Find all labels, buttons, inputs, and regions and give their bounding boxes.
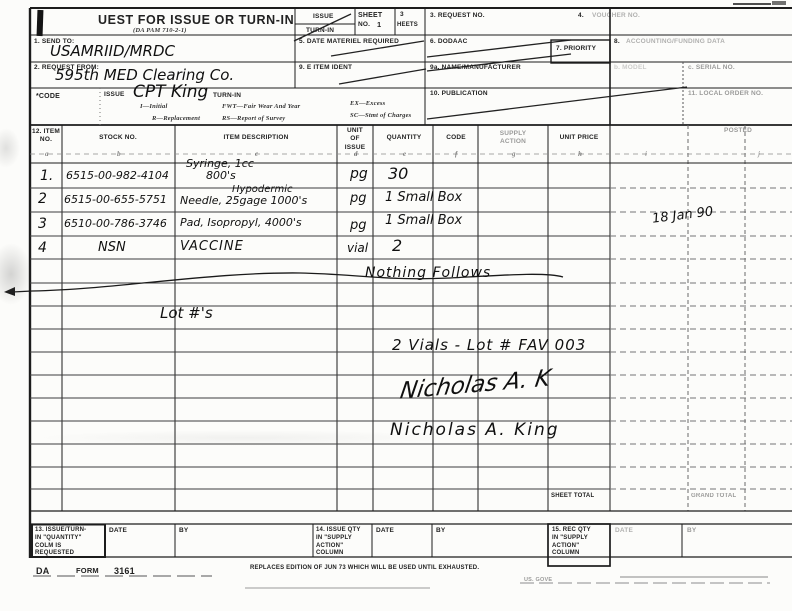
row4-qty: 2 [392,236,402,255]
code-turnin-word: TURN-IN [213,92,241,100]
col-letter-c: c [255,150,258,158]
col-unit-of-issue: UNIT OF ISSUE [345,127,366,152]
col-letter-j: j [758,150,760,158]
col-letter-d: d [354,150,358,158]
sheet-no-value: 1 [377,20,381,30]
col-description: ITEM DESCRIPTION [224,134,289,142]
row1-stock: 6515-00-982-4104 [66,169,169,182]
block13-date-label: DATE [109,527,127,535]
scan-mark [772,1,786,5]
signature-printed: Nicholas A. King [390,420,560,440]
issue-checkbox-label: ISSUE [313,13,334,21]
col-item-no: 12. ITEM NO. [32,128,60,145]
col-code: CODE [446,134,466,142]
row3-desc: Pad, Isopropyl, 4000's [180,216,302,229]
col-posted: POSTED [724,127,752,135]
legend-rs: RS—Report of Survey [222,115,285,123]
row4-unit: vial [347,241,368,255]
legend-replacement: R—Replacement [152,115,200,123]
footer-gpo-note: US. GOVE [524,577,552,584]
col-unit-price: UNIT PRICE [560,134,599,142]
field-local-order-no: 11. LOCAL ORDER NO. [688,90,763,98]
issue-code-handwriting: CPT King [133,82,208,102]
nothing-follows-note: Nothing Follows [365,265,491,281]
sheet-label: SHEET [358,11,382,20]
footer-replaces-note: REPLACES EDITION OF JUN 73 WHICH WILL BE… [250,565,479,573]
field-model: b. MODEL [614,64,647,72]
block15-label: 15. REC QTY IN "SUPPLY ACTION" COLUMN [552,527,591,558]
row2-item: 2 [38,191,47,207]
row1-qty: 30 [388,164,408,183]
row4-desc: VACCINE [180,239,244,254]
row2-qty: 1 Small Box [385,190,462,205]
block13-label: 13. ISSUE/TURN- IN "QUANTITY" COLM IS RE… [35,527,86,558]
block14-date-label: DATE [376,527,394,535]
sheet-total-label: SHEET TOTAL [551,493,594,501]
form-subtitle: (DA PAM 710-2-1) [133,27,187,35]
col-letter-b: b [117,150,121,158]
col-supply-action: SUPPLY ACTION [500,130,527,147]
row4-item: 4 [38,240,47,256]
col-quantity: QUANTITY [387,134,422,142]
ink-blot [37,10,44,36]
block15-date-label: DATE [615,527,633,535]
no-sheets-top: 3 [400,11,404,19]
grand-total-label: GRAND TOTAL [691,493,736,501]
field-end-item: 9. E ITEM IDENT [299,64,352,72]
field-voucher-num: 4. [578,12,584,20]
scanned-form-da3161: UEST FOR ISSUE OR TURN-IN (DA PAM 710-2-… [0,0,792,611]
code-label: *CODE [36,92,60,101]
field-request-no: 3. REQUEST NO. [430,12,485,20]
block14-by-label: BY [436,527,445,535]
footer-form: FORM [76,566,99,576]
row2-desc: Needle, 25gage 1000's [180,194,307,207]
row2-stock: 6515-00-655-5751 [64,193,167,206]
footer-form-number: 3161 [114,566,135,578]
send-to-value: USAMRIID/MRDC [50,42,175,60]
field-voucher-label: VOUCHER NO. [592,12,640,20]
form-title: UEST FOR ISSUE OR TURN-IN [98,12,294,28]
field-serial-no: c. SERIAL NO. [688,64,735,72]
no-sheets-label: HEETS [397,22,418,30]
field-name-manufacturer: 9a. NAME/MANUFACTURER [430,64,521,72]
lot-numbers-note: Lot #'s [160,304,213,322]
footer-da: DA [36,566,49,578]
field-accounting-num: 8. [614,38,620,46]
col-letter-g: g [512,150,516,158]
sheet-no-label: NO. [358,21,370,29]
row1-item: 1. [40,168,53,184]
field-publication: 10. PUBLICATION [430,90,488,98]
code-issue-word: ISSUE [104,91,125,99]
field-date-materiel: 5. DATE MATERIEL REQUIRED [299,38,399,46]
row3-unit: pg [350,218,367,233]
col-letter-h: h [578,150,582,158]
block14-label: 14. ISSUE QTY IN "SUPPLY ACTION" COLUMN [316,527,361,558]
col-letter-e: e [403,150,406,158]
block13-by-label: BY [179,527,188,535]
row3-item: 3 [38,216,47,232]
row1-unit: pg [350,166,368,182]
col-stock-no: STOCK NO. [99,134,137,142]
field-dodaac: 6. DODAAC [430,38,468,46]
row1-desc-line2: 800's [206,169,236,182]
scan-mark [733,3,771,5]
legend-sc: SC—Stmt of Charges [350,112,411,120]
legend-initial: I—Initial [140,103,167,111]
col-letter-i: i [645,150,647,158]
vials-lot-note: 2 Vials - Lot # FAV 003 [392,336,586,354]
turnin-checkbox-label: TURN-IN [306,27,334,35]
legend-fwt: FWT—Fair Wear And Year [222,103,300,111]
block15-by-label: BY [687,527,696,535]
field-accounting-label: ACCOUNTING/FUNDING DATA [626,38,725,46]
row3-stock: 6510-00-786-3746 [64,217,167,230]
row2-unit: pg [350,191,367,206]
row4-stock: NSN [98,240,126,255]
row3-qty: 1 Small Box [385,213,462,228]
field-priority: 7. PRIORITY [556,45,596,53]
col-letter-a: a [45,150,49,158]
legend-ex: EX—Excess [350,100,385,108]
col-letter-f: f [455,150,457,158]
